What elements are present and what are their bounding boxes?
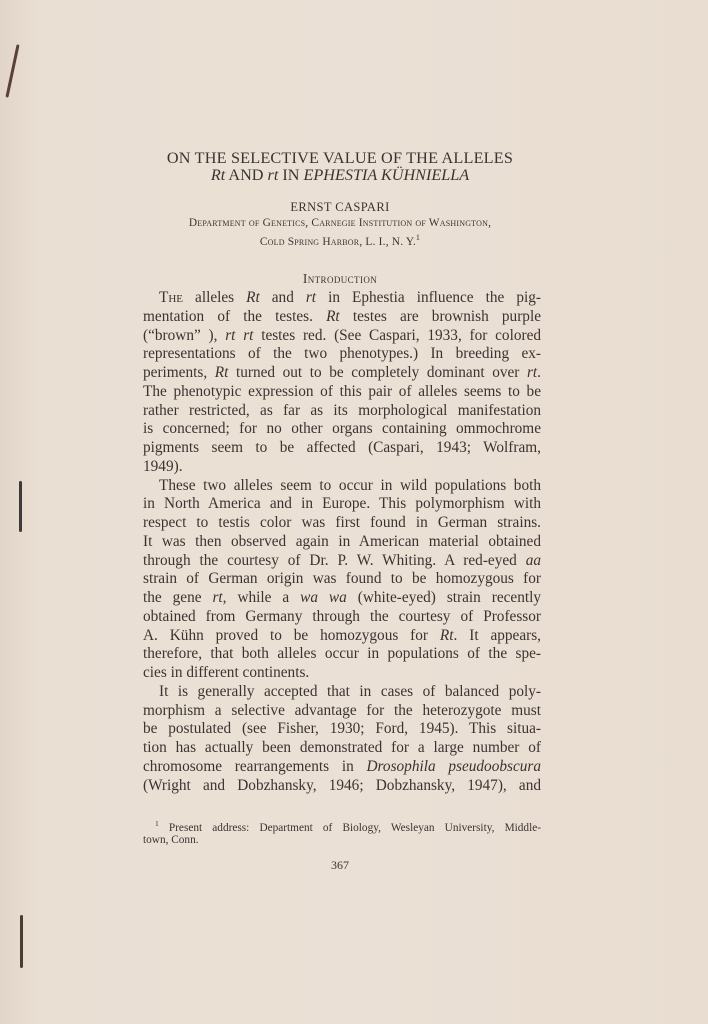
species-name: EPHESTIA KÜHNIELLA: [304, 166, 470, 184]
title-text: AND: [225, 166, 267, 184]
body-line: the gene rt, while a wa wa (white-eyed) …: [143, 589, 541, 608]
body-line: mentation of the testes. Rt testes are b…: [143, 308, 541, 327]
body-text-run: wa wa: [300, 589, 347, 606]
body-line: is concerned; for no other organs contai…: [143, 420, 541, 439]
body-line: respect to testis color was first found …: [143, 514, 541, 533]
body-text-run: Drosophila pseudoobscura: [366, 758, 541, 775]
body-text-run: therefore, that both alleles occur in po…: [143, 645, 541, 662]
affiliation-text: Cold Spring Harbor, L. I., N. Y.: [260, 236, 416, 248]
body-text-run: respect to testis color was first found …: [143, 514, 541, 531]
body-text-run: in North America and in Europe. This pol…: [143, 495, 541, 512]
body-text-run: The phenotypic expression of this pair o…: [143, 383, 541, 400]
body-line: periments, Rt turned out to be completel…: [143, 364, 541, 383]
binding-mark-middle: [19, 481, 22, 532]
body-line: morphism a selective advantage for the h…: [143, 702, 541, 721]
body-text-run: aa: [526, 552, 541, 569]
body-text-run: rather restricted, as far as its morphol…: [143, 402, 541, 419]
body-text-run: rt: [527, 364, 537, 381]
body-line: (Wright and Dobzhansky, 1946; Dobzhansky…: [143, 777, 541, 796]
body-line: in North America and in Europe. This pol…: [143, 495, 541, 514]
body-text-run: rt,: [212, 589, 226, 606]
body-text-run: . It appears,: [454, 627, 541, 644]
body-text-run: testes are brownish purple: [340, 308, 541, 325]
body-text-run: (“brown” ),: [143, 327, 225, 344]
body-text-run: (white-eyed) strain recently: [347, 589, 541, 606]
body-text-run: while a: [227, 589, 301, 606]
body-text-run: rt rt: [225, 327, 253, 344]
body-text-run: testes red. (See Caspari, 1933, for colo…: [253, 327, 541, 344]
binding-mark-top: [5, 44, 19, 97]
section-heading-introduction: Introduction: [130, 271, 550, 287]
body-line: rather restricted, as far as its morphol…: [143, 402, 541, 421]
body-line: It was then observed again in American m…: [143, 533, 541, 552]
body-line: strain of German origin was found to be …: [143, 570, 541, 589]
body-line: pigments seem to be affected (Caspari, 1…: [143, 439, 541, 458]
affiliation-line-2: Cold Spring Harbor, L. I., N. Y.1: [130, 233, 550, 248]
body-line: It is generally accepted that in cases o…: [143, 683, 541, 702]
body-text-run: and: [260, 289, 306, 306]
body-text-run: strain of German origin was found to be …: [143, 570, 541, 587]
body-line: The alleles Rt and rt in Ephestia influe…: [143, 289, 541, 308]
body-text-run: periments,: [143, 364, 215, 381]
body-line: A. Kühn proved to be homozygous for Rt. …: [143, 627, 541, 646]
body-text-run: representations of the two phenotypes.) …: [143, 345, 541, 362]
body-text-run: Rt: [440, 627, 454, 644]
body-text-run: These two alleles seem to occur in wild …: [159, 477, 541, 494]
body-text-run: .: [537, 364, 541, 381]
body-text-run: (Wright and Dobzhansky, 1946; Dobzhansky…: [143, 777, 541, 794]
body-line: (“brown” ), rt rt testes red. (See Caspa…: [143, 327, 541, 346]
body-text-run: alleles: [183, 289, 246, 306]
paper-title-line-2: Rt AND rt IN EPHESTIA KÜHNIELLA: [130, 166, 550, 185]
body-text-run: Rt: [215, 364, 229, 381]
body-text-run: pigments seem to be affected (Caspari, 1…: [143, 439, 541, 456]
footnote-line-1: 1 Present address: Department of Biology…: [143, 816, 541, 832]
footnote-text: Present address: Department of Biology, …: [159, 822, 541, 834]
body-text-run: turned out to be completely dominant ove…: [228, 364, 527, 381]
body-text-run: It is generally accepted that in cases o…: [159, 683, 541, 700]
body-text-run: A. Kühn proved to be homozygous for: [143, 627, 440, 644]
body-line: 1949).: [143, 458, 541, 477]
body-text-run: The: [159, 289, 183, 306]
body-text-run: through the courtesy of Dr. P. W. Whitin…: [143, 552, 526, 569]
body-text-run: Rt: [246, 289, 260, 306]
allele-Rt: Rt: [211, 166, 225, 184]
body-text-run: chromosome rearrangements in: [143, 758, 366, 775]
body-text: The alleles Rt and rt in Ephestia influe…: [143, 289, 541, 795]
body-line: tion has actually been demonstrated for …: [143, 739, 541, 758]
footnote-mark: 1: [416, 233, 420, 242]
paper-page: ON THE SELECTIVE VALUE OF THE ALLELES Rt…: [0, 0, 708, 1024]
body-line: representations of the two phenotypes.) …: [143, 345, 541, 364]
body-text-run: It was then observed again in American m…: [143, 533, 541, 550]
body-text-run: in Ephestia influence the pig-: [316, 289, 541, 306]
body-line: obtained from Germany through the courte…: [143, 608, 541, 627]
body-line: therefore, that both alleles occur in po…: [143, 645, 541, 664]
body-line: chromosome rearrangements in Drosophila …: [143, 758, 541, 777]
body-text-run: Rt: [326, 308, 340, 325]
page-number: 367: [130, 858, 550, 873]
body-text-run: cies in different continents.: [143, 664, 309, 681]
allele-rt: rt: [268, 166, 279, 184]
binding-mark-bottom: [20, 915, 23, 968]
author-name: ERNST CASPARI: [130, 200, 550, 215]
body-text-run: rt: [306, 289, 316, 306]
body-text-run: is concerned; for no other organs contai…: [143, 420, 541, 437]
body-text-run: be postulated (see Fisher, 1930; Ford, 1…: [143, 720, 541, 737]
body-text-run: obtained from Germany through the courte…: [143, 608, 541, 625]
body-line: These two alleles seem to occur in wild …: [143, 477, 541, 496]
body-line: be postulated (see Fisher, 1930; Ford, 1…: [143, 720, 541, 739]
body-text-run: 1949).: [143, 458, 183, 475]
body-line: through the courtesy of Dr. P. W. Whitin…: [143, 552, 541, 571]
footnote: 1 Present address: Department of Biology…: [143, 816, 541, 848]
body-line: cies in different continents.: [143, 664, 541, 683]
body-text-run: tion has actually been demonstrated for …: [143, 739, 541, 756]
body-text-run: mentation of the testes.: [143, 308, 326, 325]
body-line: The phenotypic expression of this pair o…: [143, 383, 541, 402]
body-text-run: morphism a selective advantage for the h…: [143, 702, 541, 719]
footnote-line-2: town, Conn.: [143, 832, 541, 848]
affiliation-line-1: Department of Genetics, Carnegie Institu…: [130, 217, 550, 229]
title-text: IN: [278, 166, 303, 184]
body-text-run: the gene: [143, 589, 212, 606]
